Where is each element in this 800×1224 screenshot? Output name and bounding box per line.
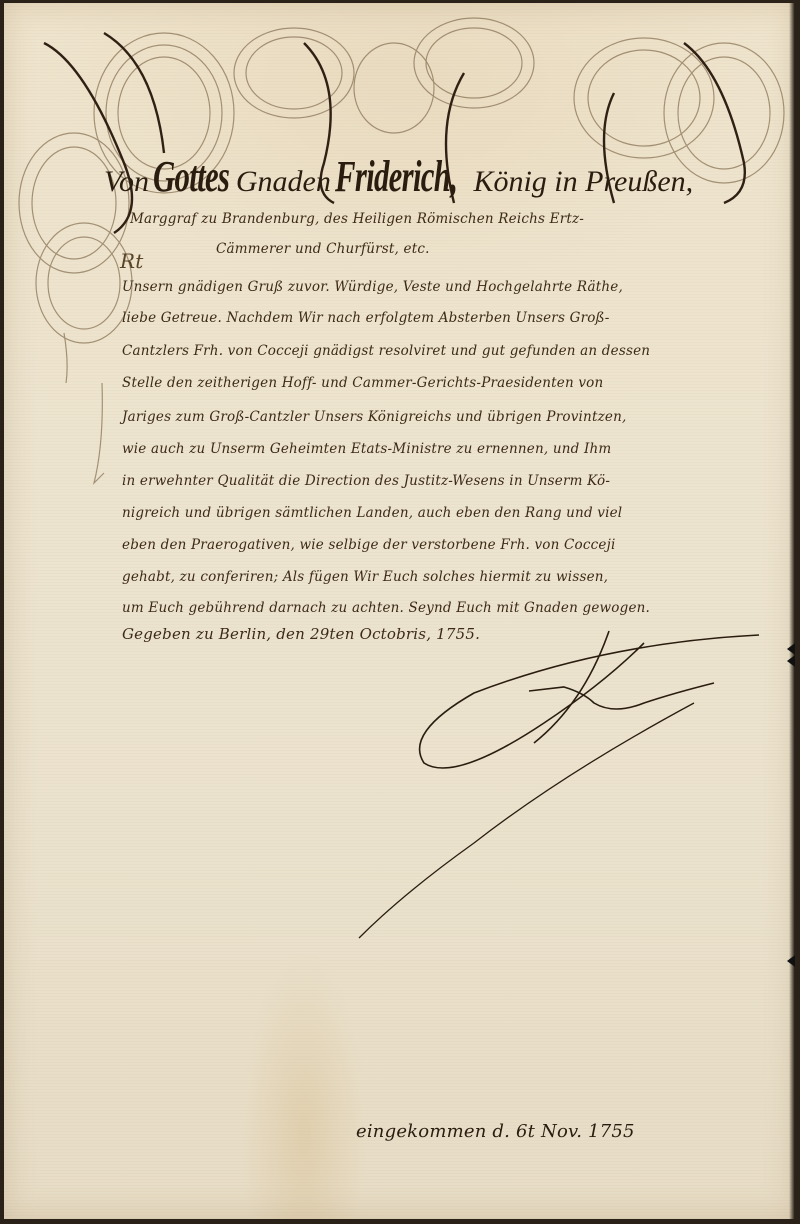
title-von: Von [104,165,149,198]
body-line: gehabt, zu conferiren; Als fügen Wir Euc… [122,569,608,585]
body-line: liebe Getreue. Nachdem Wir nach erfolgte… [122,310,610,326]
heading-line-2: Marggraf zu Brandenburg, des Heiligen Rö… [130,211,584,227]
body-line: in erwehnter Qualität die Direction des … [122,473,610,489]
body-line: um Euch gebührend darnach zu achten. Sey… [122,600,650,616]
body-line: Stelle den zeitherigen Hoff- und Cammer-… [122,375,603,391]
body-line: Unsern gnädigen Gruß zuvor. Würdige, Ves… [122,279,623,295]
body-line: Cantzlers Frh. von Cocceji gnädigst reso… [122,343,650,359]
document-page: Von Gottes Gnaden Friderich, König in Pr… [4,3,795,1219]
body-line: Jariges zum Groß-Cantzler Unsers Königre… [122,409,626,425]
body-line: eben den Praerogativen, wie selbige der … [122,537,615,553]
heading-line-3: Cämmerer und Churfürst, etc. [216,241,430,257]
date-line: Gegeben zu Berlin, den 29ten Octobris, 1… [122,625,480,643]
title-friderich: Friderich, [335,151,457,202]
title-gnaden: Gnaden [236,165,331,198]
decree-title: Von Gottes Gnaden Friderich, König in Pr… [104,151,693,202]
title-koenig: König in Preußen, [473,165,693,198]
body-line: nigreich und übrigen sämtlichen Landen, … [122,505,622,521]
title-gottes: Gottes [153,151,229,202]
body-line: wie auch zu Unserm Geheimten Etats-Minis… [122,441,611,457]
margin-note: Rt [120,249,144,273]
receipt-note: eingekommen d. 6t Nov. 1755 [356,1121,635,1142]
